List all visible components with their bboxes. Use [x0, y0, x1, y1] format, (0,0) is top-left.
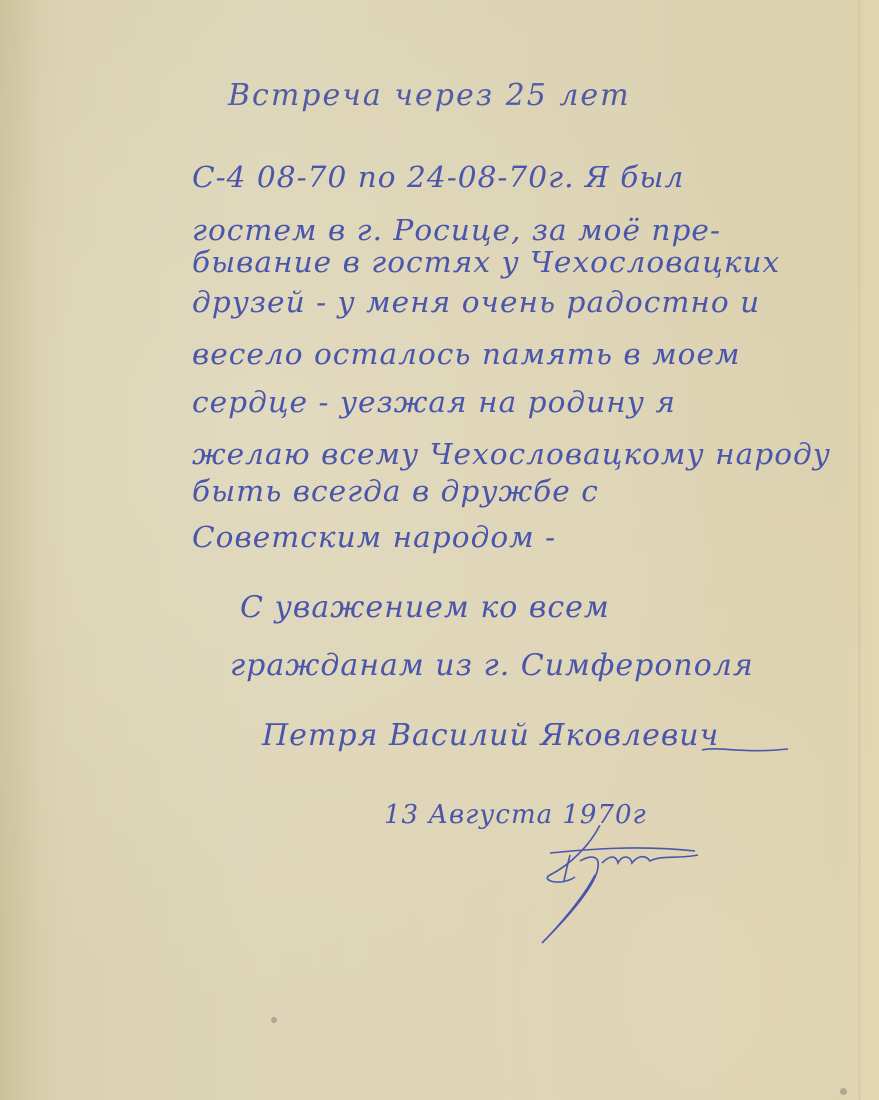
body-line: гостем в г. Росице, за моё пре-: [192, 213, 721, 247]
paper-speck: [271, 1017, 277, 1023]
page-edge-shadow: [0, 0, 40, 1100]
name-flourish: [700, 744, 790, 756]
author-name: Петря Василий Яковлевич: [262, 718, 719, 753]
closing-line: гражданам из г. Симферополя: [230, 648, 754, 683]
body-line: весело осталось память в моем: [192, 337, 741, 371]
body-line: друзей - у меня очень радостно и: [192, 285, 760, 319]
body-line: желаю всему Чехословацкому народу: [192, 437, 831, 471]
page-title: Встреча через 25 лет: [228, 78, 631, 113]
paper-speck: [840, 1088, 847, 1095]
page-fold: [858, 0, 861, 1100]
body-line: быть всегда в дружбе с: [192, 474, 599, 508]
body-line: С-4 08-70 по 24-08-70г. Я был: [192, 160, 684, 194]
body-line: сердце - уезжая на родину я: [192, 385, 676, 419]
body-line: бывание в гостях у Чехословацких: [192, 245, 780, 279]
closing-line: С уважением ко всем: [240, 590, 610, 625]
body-line: Советским народом -: [192, 520, 556, 554]
signature: [530, 825, 700, 950]
